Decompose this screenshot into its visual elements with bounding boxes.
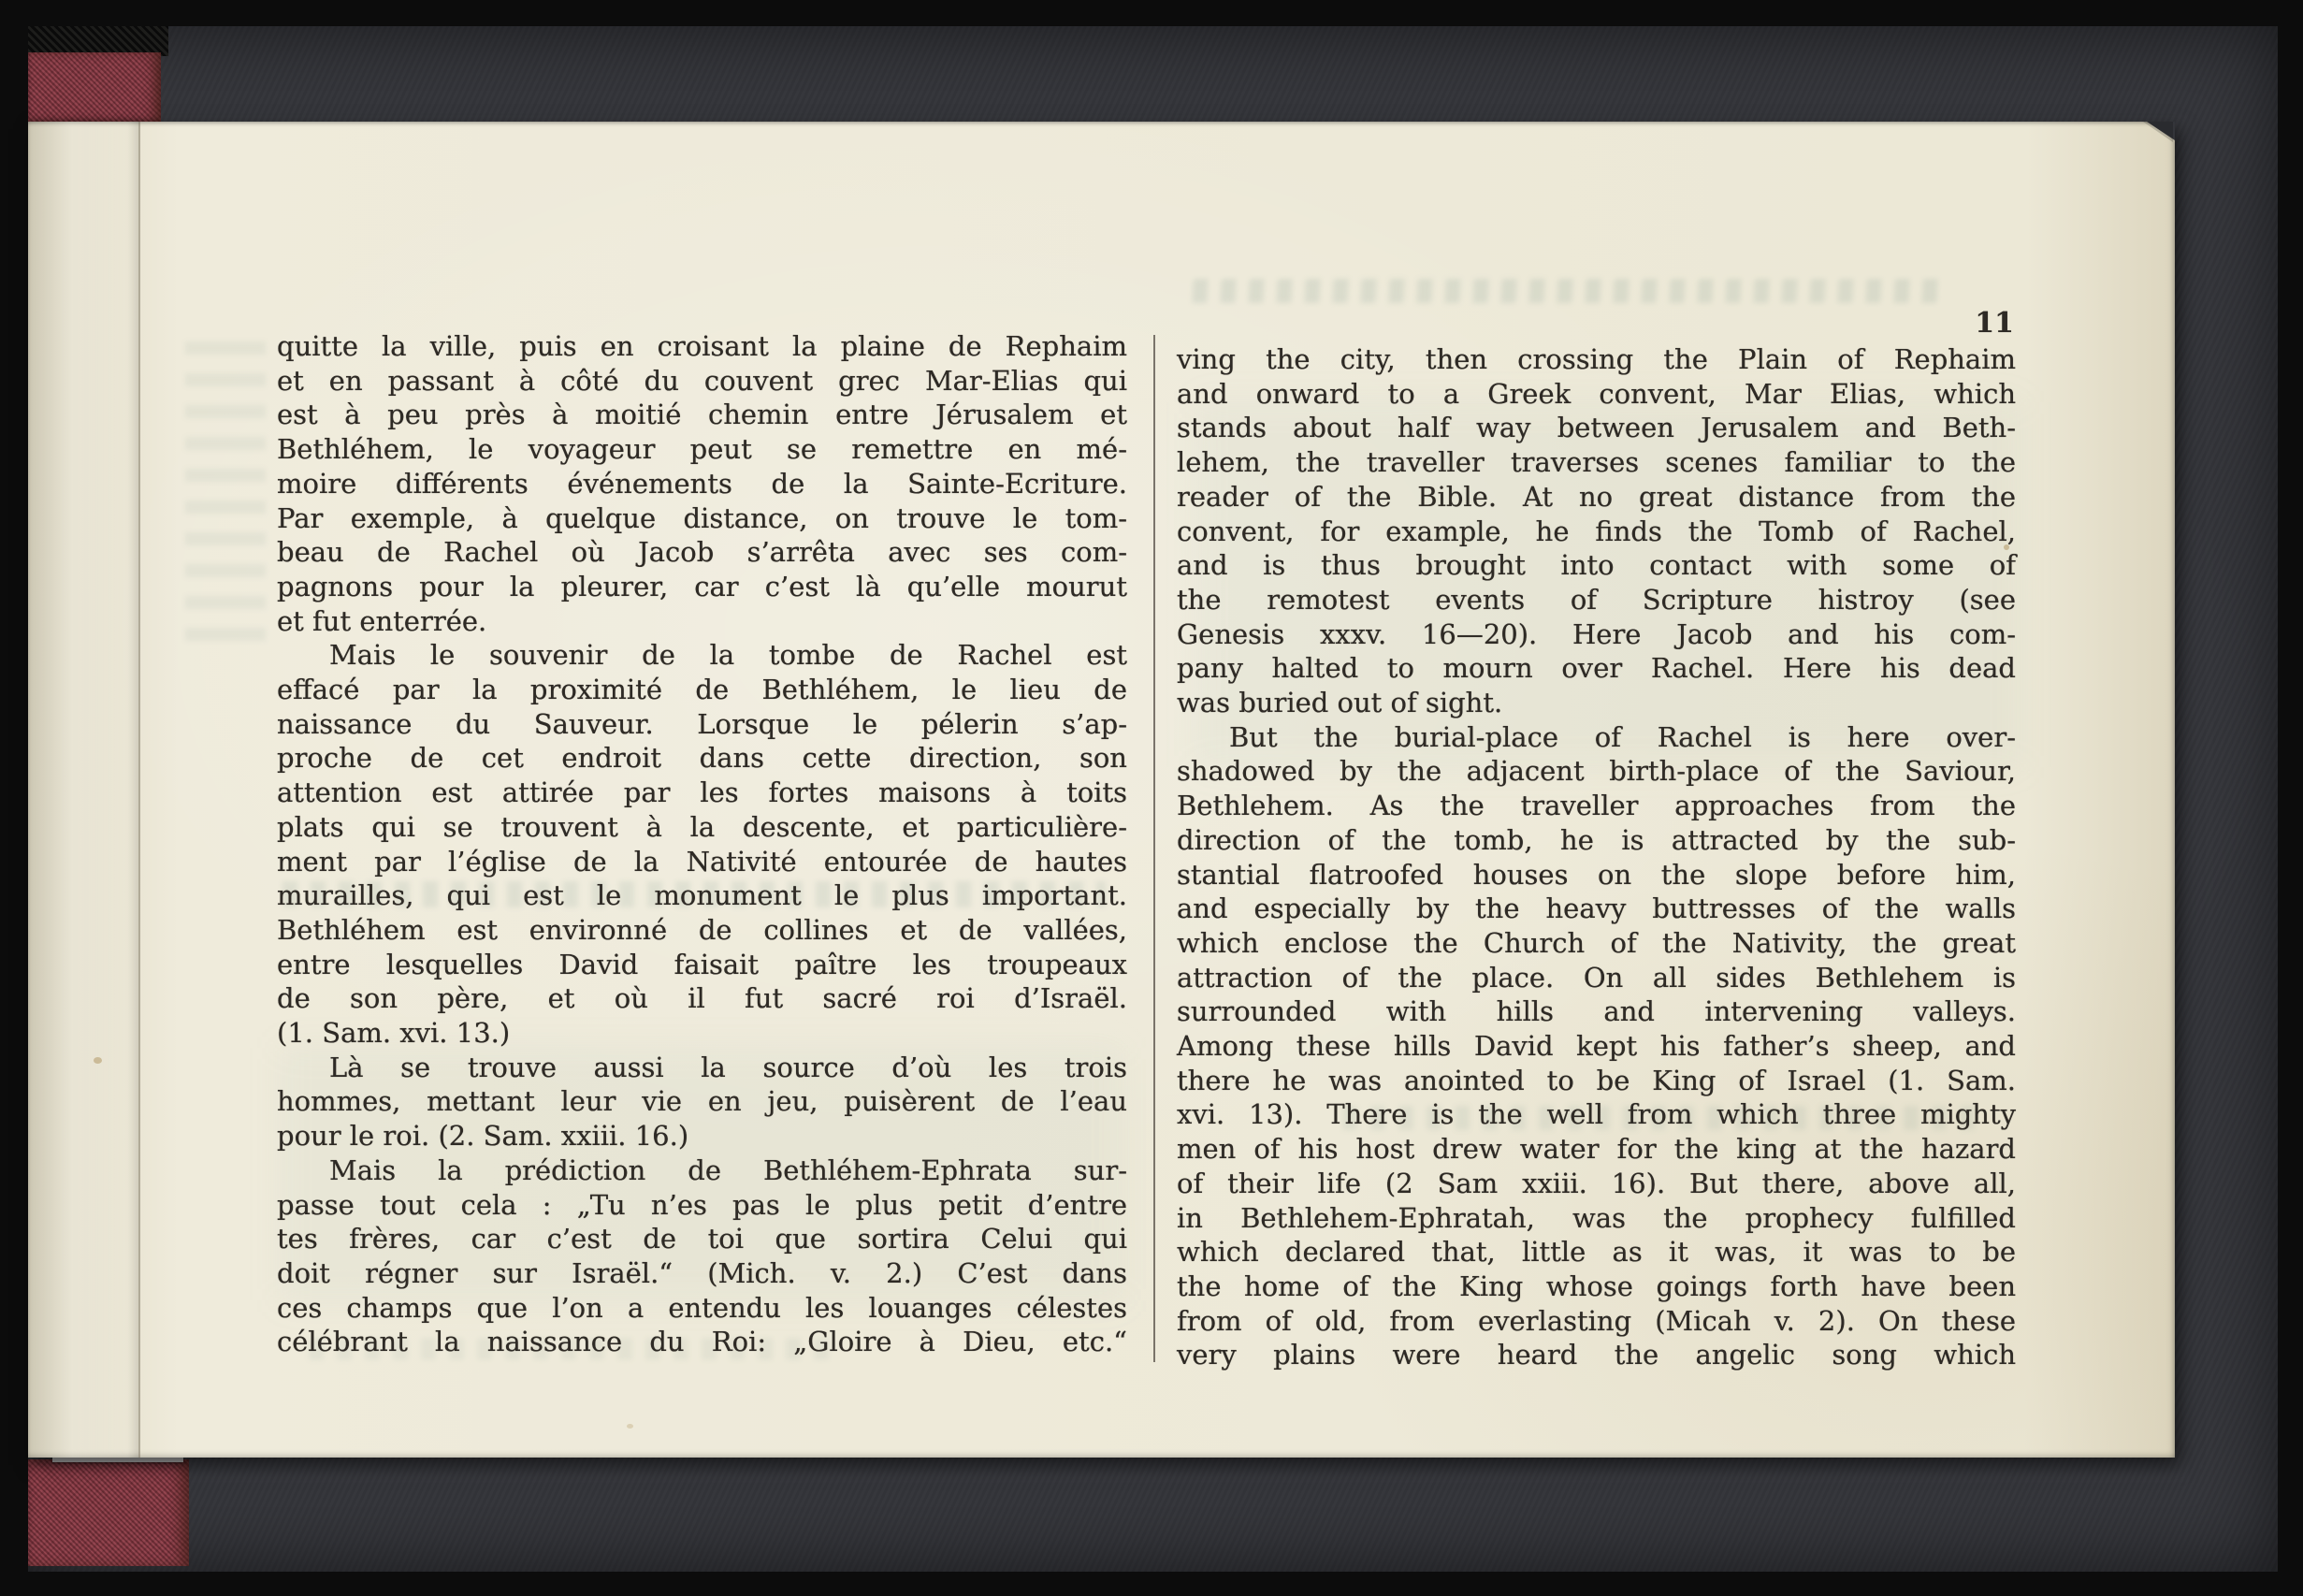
foxing-speck [94, 1057, 102, 1064]
text-line: But the burial-place of Rachel is here o… [1177, 720, 2016, 755]
text-line: very plains were heard the angelic song … [1177, 1338, 2016, 1372]
text-line: the home of the King whose goings forth … [1177, 1270, 2016, 1304]
column-english: ving the city, then crossing the Plain o… [1177, 342, 2016, 1372]
binding-cloth-top [28, 52, 161, 123]
text-line: ment par l’église de la Nativité entouré… [277, 845, 1127, 879]
binding-cloth-bottom [28, 1459, 189, 1566]
text-line: surrounded with hills and intervening va… [1177, 994, 2016, 1029]
column-french: quitte la ville, puis en croisant la pla… [277, 329, 1127, 1359]
text-line: Là se trouve aussi la source d’où les tr… [277, 1051, 1127, 1085]
book-page: 11 quitte la ville, puis en croisant la … [28, 122, 2175, 1458]
text-line: of their life (2 Sam xxiii. 16). But the… [1177, 1167, 2016, 1201]
text-line: ces champs que l’on a entendu les louang… [277, 1291, 1127, 1326]
text-line: entre lesquelles David faisait paître le… [277, 948, 1127, 982]
text-line: and onward to a Greek convent, Mar Elias… [1177, 377, 2016, 412]
text-line: et en passant à côté du couvent grec Mar… [277, 364, 1127, 399]
text-line: Par exemple, à quelque distance, on trou… [277, 501, 1127, 536]
text-line: from of old, from everlasting (Micah v. … [1177, 1304, 2016, 1339]
text-line: Bethléhem est environné de collines et d… [277, 913, 1127, 948]
text-line: célébrant la naissance du Roi: „Gloire à… [277, 1325, 1127, 1359]
text-line: there he was anointed to be King of Isra… [1177, 1064, 2016, 1098]
text-line: pour le roi. (2. Sam. xxiii. 16.) [277, 1119, 1127, 1153]
text-line: Bethléhem, le voyageur peut se remettre … [277, 432, 1127, 467]
text-line: Mais la prédiction de Bethléhem-Ephrata … [277, 1153, 1127, 1188]
text-line: proche de cet endroit dans cette directi… [277, 741, 1127, 776]
page-number: 11 [1975, 307, 2014, 340]
page-fold-edge [28, 122, 140, 1458]
text-line: direction of the tomb, he is attracted b… [1177, 823, 2016, 858]
text-line: Among these hills David kept his father’… [1177, 1029, 2016, 1064]
text-line: xvi. 13). There is the well from which t… [1177, 1097, 2016, 1132]
text-line: moire différents événements de la Sainte… [277, 467, 1127, 501]
text-line: naissance du Sauveur. Lorsque le pélerin… [277, 707, 1127, 742]
text-line: lehem, the traveller traverses scenes fa… [1177, 445, 2016, 480]
text-line: attention est attirée par les fortes mai… [277, 776, 1127, 810]
show-through-smudge [185, 341, 266, 650]
text-line: est à peu près à moitié chemin entre Jér… [277, 398, 1127, 432]
text-line: shadowed by the adjacent birth-place of … [1177, 754, 2016, 789]
text-line: and is thus brought into contact with so… [1177, 548, 2016, 583]
text-line: stands about half way between Jerusalem … [1177, 411, 2016, 445]
text-line: reader of the Bible. At no great distanc… [1177, 480, 2016, 515]
text-line: which enclose the Church of the Nativity… [1177, 926, 2016, 961]
text-line: in Bethlehem-Ephratah, was the prophecy … [1177, 1201, 2016, 1236]
text-line: Genesis xxxv. 16—20). Here Jacob and his… [1177, 617, 2016, 652]
text-line: beau de Rachel où Jacob s’arrêta avec se… [277, 535, 1127, 570]
text-line: tes frères, car c’est de toi que sortira… [277, 1222, 1127, 1256]
book-photograph: 11 quitte la ville, puis en croisant la … [0, 0, 2303, 1596]
text-line: hommes, mettant leur vie en jeu, puisère… [277, 1084, 1127, 1119]
text-line: plats qui se trouvent à la descente, et … [277, 810, 1127, 845]
text-line: and especially by the heavy buttresses o… [1177, 892, 2016, 926]
foxing-speck [627, 1424, 633, 1429]
text-line: attraction of the place. On all sides Be… [1177, 961, 2016, 995]
text-line: (1. Sam. xvi. 13.) [277, 1016, 1127, 1051]
text-line: de son père, et où il fut sacré roi d’Is… [277, 981, 1127, 1016]
text-line: ving the city, then crossing the Plain o… [1177, 342, 2016, 377]
page-corner-fold [2147, 122, 2175, 140]
text-line: doit régner sur Israël.“ (Mich. v. 2.) C… [277, 1256, 1127, 1291]
text-line: was buried out of sight. [1177, 686, 2016, 720]
text-line: Bethlehem. As the traveller approaches f… [1177, 789, 2016, 823]
text-line: the remotest events of Scripture histroy… [1177, 583, 2016, 617]
text-line: convent, for example, he finds the Tomb … [1177, 515, 2016, 549]
text-line: Mais le souvenir de la tombe de Rachel e… [277, 638, 1127, 673]
text-line: effacé par la proximité de Bethléhem, le… [277, 673, 1127, 707]
text-line: men of his host drew water for the king … [1177, 1132, 2016, 1167]
text-line: stantial flatroofed houses on the slope … [1177, 858, 2016, 892]
text-line: pagnons pour la pleurer, car c’est là qu… [277, 570, 1127, 604]
text-line: which declared that, little as it was, i… [1177, 1235, 2016, 1270]
text-line: pany halted to mourn over Rachel. Here h… [1177, 651, 2016, 686]
text-line: passe tout cela : „Tu n’es pas le plus p… [277, 1188, 1127, 1223]
text-line: quitte la ville, puis en croisant la pla… [277, 329, 1127, 364]
text-line: murailles, qui est le monument le plus i… [277, 878, 1127, 913]
column-divider [1153, 335, 1155, 1362]
show-through-smudge [1192, 279, 1950, 303]
text-line: et fut enterrée. [277, 604, 1127, 639]
